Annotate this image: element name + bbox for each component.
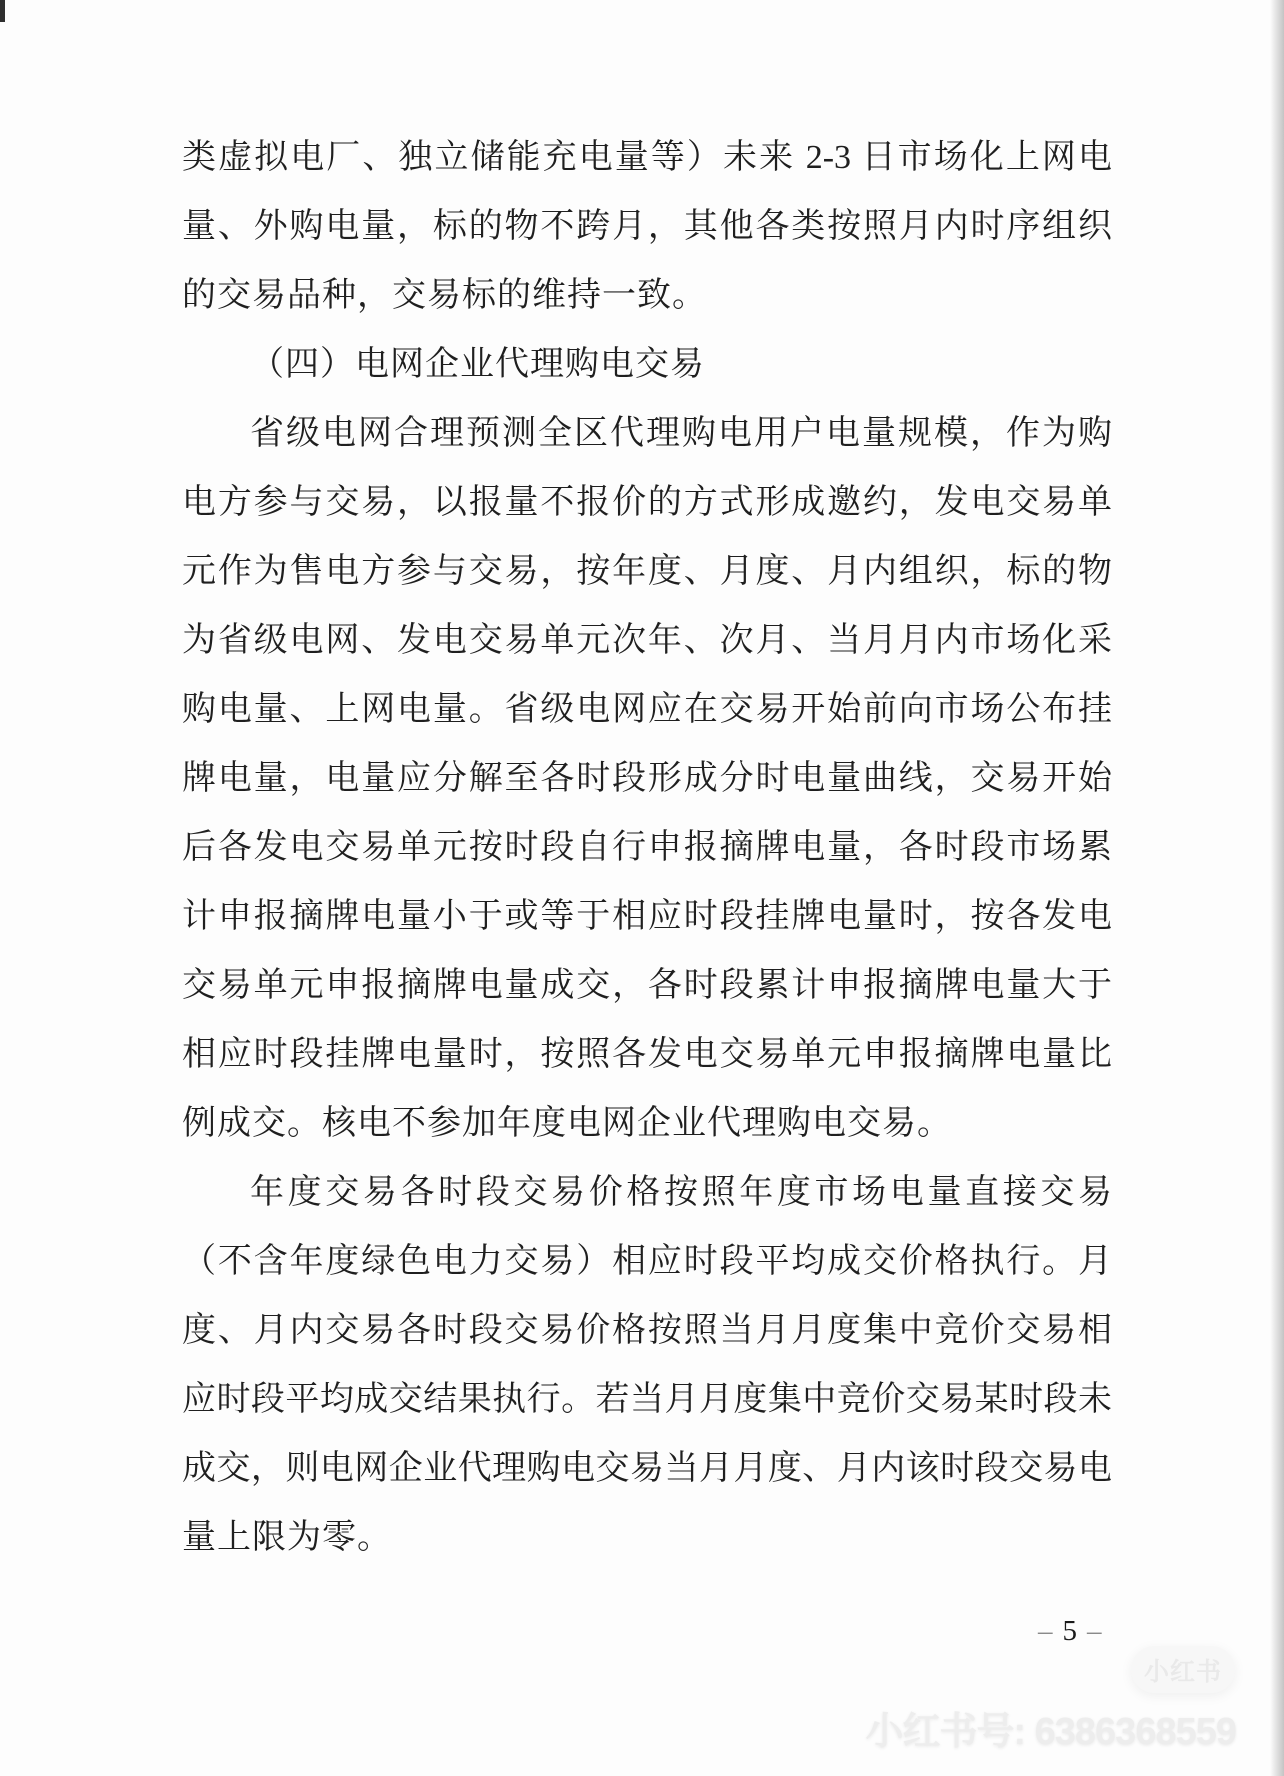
text-line: 类虚拟电厂、独立储能充电量等）未来 2-3 日市场化上网电: [182, 123, 1112, 192]
text-line: （不含年度绿色电力交易）相应时段平均成交价格执行。月: [182, 1227, 1112, 1296]
page-number-dash-left: –: [1038, 1615, 1053, 1647]
text-line: 元作为售电方参与交易，按年度、月度、月内组织，标的物: [182, 537, 1112, 606]
text-line: 度、月内交易各时段交易价格按照当月月度集中竞价交易相: [182, 1296, 1112, 1365]
text-line: 后各发电交易单元按时段自行申报摘牌电量，各时段市场累: [182, 813, 1112, 882]
text-line: 例成交。核电不参加年度电网企业代理购电交易。: [182, 1089, 1112, 1158]
text-line: 成交，则电网企业代理购电交易当月月度、月内该时段交易电: [182, 1434, 1112, 1503]
text-line: 年度交易各时段交易价格按照年度市场电量直接交易: [182, 1158, 1112, 1227]
text-line: 量上限为零。: [182, 1503, 1112, 1572]
text-line: 为省级电网、发电交易单元次年、次月、当月月内市场化采: [182, 606, 1112, 675]
text-line: 计申报摘牌电量小于或等于相应时段挂牌电量时，按各发电: [182, 882, 1112, 951]
xiaohongshu-logo-text: 小红书: [1144, 1652, 1222, 1688]
xiaohongshu-logo-badge: 小红书: [1131, 1646, 1235, 1693]
page-number: –5–: [1028, 1615, 1112, 1648]
scan-artifact-mark: [0, 0, 5, 22]
scan-edge-shadow: [1270, 0, 1284, 1776]
section-heading: （四）电网企业代理购电交易: [182, 330, 1112, 399]
text-line: 交易单元申报摘牌电量成交，各时段累计申报摘牌电量大于: [182, 951, 1112, 1020]
text-line: 省级电网合理预测全区代理购电用户电量规模，作为购: [182, 399, 1112, 468]
text-line: 牌电量，电量应分解至各时段形成分时电量曲线，交易开始: [182, 744, 1112, 813]
text-line: 的交易品种，交易标的维持一致。: [182, 261, 1112, 330]
page-number-dash-right: –: [1087, 1615, 1102, 1647]
text-line: 购电量、上网电量。省级电网应在交易开始前向市场公布挂: [182, 675, 1112, 744]
page-number-value: 5: [1063, 1615, 1078, 1647]
text-line: 相应时段挂牌电量时，按照各发电交易单元申报摘牌电量比: [182, 1020, 1112, 1089]
text-line: 量、外购电量，标的物不跨月，其他各类按照月内时序组织: [182, 192, 1112, 261]
document-text-block: 类虚拟电厂、独立储能充电量等）未来 2-3 日市场化上网电量、外购电量，标的物不…: [182, 123, 1112, 1572]
text-line: 应时段平均成交结果执行。若当月月度集中竞价交易某时段未: [182, 1365, 1112, 1434]
text-line: 电方参与交易，以报量不报价的方式形成邀约，发电交易单: [182, 468, 1112, 537]
xiaohongshu-account-watermark: 小红书号: 6386368559: [865, 1700, 1236, 1755]
document-page: 类虚拟电厂、独立储能充电量等）未来 2-3 日市场化上网电量、外购电量，标的物不…: [0, 0, 1284, 1776]
